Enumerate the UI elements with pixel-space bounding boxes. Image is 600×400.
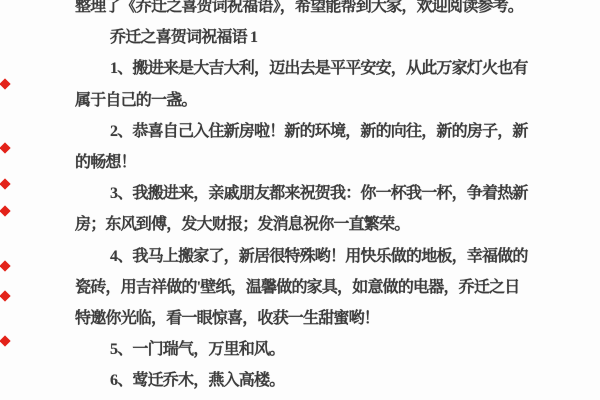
text-line: 2、恭喜自己入住新房啦！新的环境，新的向往，新的房子，新	[110, 122, 528, 142]
text-line: 5、一门瑞气，万里和风。	[110, 340, 284, 360]
text-line: 6、莺迁乔木，燕入高楼。	[110, 371, 284, 391]
red-diamond-marker-icon	[0, 290, 11, 301]
text-line: 的畅想！	[75, 153, 136, 173]
red-diamond-marker-icon	[0, 178, 11, 189]
text-line: 4、我马上搬家了，新居很特殊哟！用快乐做的地板，幸福做的	[110, 247, 528, 267]
red-diamond-marker-icon	[0, 260, 11, 271]
text-line: 房；东风到傅，发大财报；发消息祝你一直繁荣。	[75, 215, 409, 235]
text-line: 特邀你光临，看一眼惊喜，收获一生甜蜜哟！	[75, 309, 379, 329]
red-diamond-marker-icon	[0, 335, 11, 346]
red-diamond-marker-icon	[0, 78, 11, 89]
red-diamond-marker-icon	[0, 142, 11, 153]
text-line: 1、搬进来是大吉大利，迈出去是平平安安，从此万家灯火也有	[110, 59, 528, 79]
document-page: 整理了《乔迁之喜贺词祝福语》，希望能帮到大家，欢迎阅读参考。乔迁之喜贺词祝福语 …	[0, 0, 600, 400]
text-line: 整理了《乔迁之喜贺词祝福语》，希望能帮到大家，欢迎阅读参考。	[75, 0, 523, 17]
red-diamond-marker-icon	[0, 205, 11, 216]
section-heading: 乔迁之喜贺词祝福语 1	[110, 28, 257, 48]
text-line: 3、我搬进来，亲戚朋友都来祝贺我：你一杯我一杯，争着热新	[110, 184, 528, 204]
text-line: 瓷砖，用吉祥做的'壁纸，温馨做的家具，如意做的电器，乔迁之日	[75, 278, 519, 298]
text-line: 属于自己的一盏。	[75, 91, 197, 111]
